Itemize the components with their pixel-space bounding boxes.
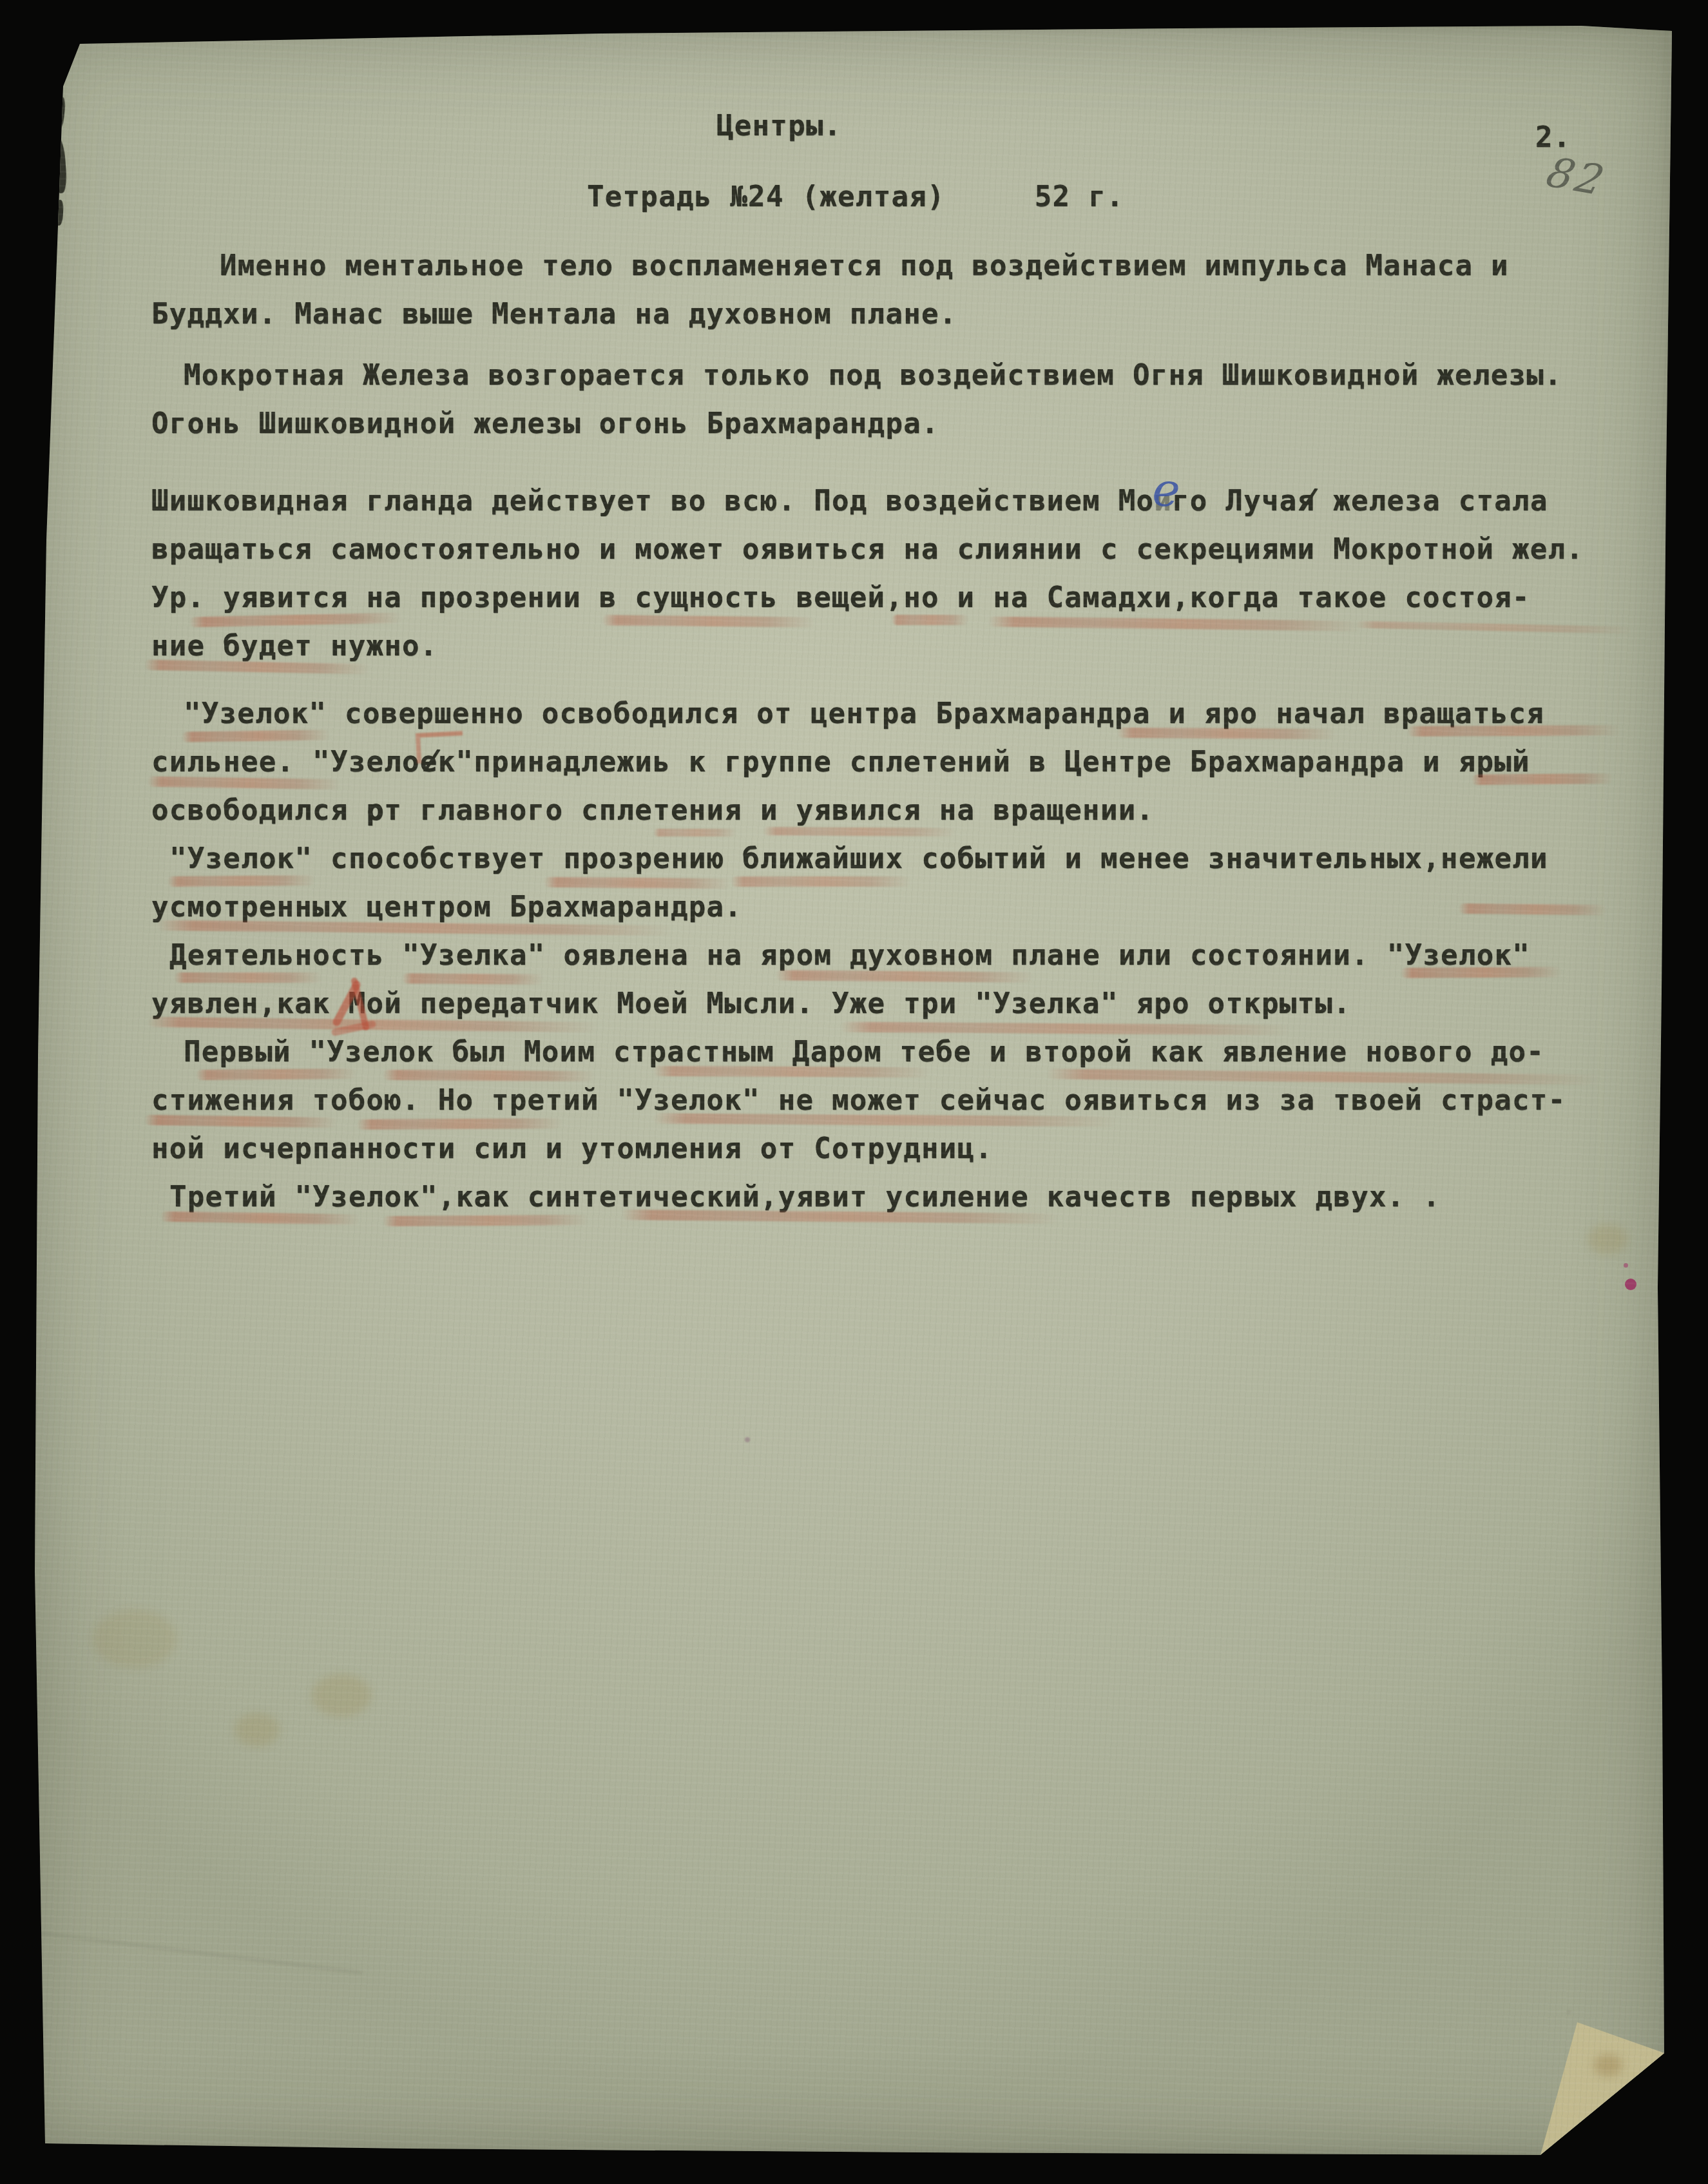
red-underline	[182, 730, 330, 742]
typed-strikethrough: я/	[1298, 477, 1316, 525]
typed-text: Шишковидная гланда действует во всю. Под…	[151, 485, 1154, 517]
paper-stain	[235, 1713, 280, 1746]
typed-text: сильнее. "Узело	[151, 746, 420, 778]
red-underline	[1472, 773, 1613, 785]
red-underline	[196, 1068, 357, 1080]
typed-line-with-corrections: Шишковидная гланда действует во всю. Под…	[151, 477, 1647, 525]
red-underline	[602, 615, 814, 627]
typed-text: к"принадлежиь к группе сплетений в Центр…	[438, 746, 1530, 778]
typed-line: Мокротная Железа возгорается только под …	[151, 351, 1647, 400]
fold-crease-shadow	[1508, 2011, 1622, 2170]
ink-speck	[745, 1437, 750, 1442]
typed-text: железа стала	[1315, 485, 1548, 517]
typed-line: ной исчерпанности сил и утомления от Сот…	[151, 1125, 1647, 1173]
blue-ink-correction: ие	[1154, 477, 1172, 525]
red-underline	[357, 1118, 563, 1130]
red-underline	[1401, 967, 1562, 978]
notebook-subtitle: Тетрадь №24 (желтая) 52 г.	[587, 180, 1124, 213]
typed-line: вращаться самостоятельно и может оявитьс…	[151, 525, 1647, 574]
red-underline	[763, 827, 956, 836]
typed-text: т главного сплетения и уявился на вращен…	[384, 794, 1154, 827]
red-correction-mark	[416, 731, 464, 764]
red-underline	[892, 615, 969, 625]
typed-line: Именно ментальное тело воспламеняется по…	[151, 242, 1647, 290]
red-underline	[402, 973, 544, 985]
red-underline	[383, 1215, 589, 1226]
paper-stain	[93, 1610, 177, 1668]
red-underline	[544, 877, 731, 889]
paper-crease	[30, 1931, 362, 1973]
typed-line: Буддхи. Манас выше Ментала на духовном п…	[151, 290, 1647, 338]
red-underline	[731, 876, 911, 887]
typed-line: "Узелок" способствует прозрению ближайши…	[151, 835, 1647, 883]
fold-stain	[1594, 2054, 1622, 2076]
scanned-document-photo: { "doc": { "title": "Центры.", "page_num…	[0, 0, 1708, 2184]
red-underline	[653, 1066, 930, 1078]
overtyped-letter: ро	[366, 786, 384, 835]
page-number: 2.	[1535, 121, 1571, 154]
ink-inserted-letter: е	[1151, 466, 1183, 514]
red-underline	[653, 829, 737, 836]
red-underline	[1407, 725, 1620, 737]
magenta-ink-dot	[1625, 1279, 1636, 1290]
handwritten-folio-number: 82	[1541, 149, 1611, 205]
over-letter: о	[367, 786, 385, 835]
staple-hole-mark	[51, 137, 68, 193]
typed-text: го Луча	[1172, 485, 1298, 517]
red-underline	[383, 1070, 595, 1081]
typed-line: Огонь Шишковидной железы огонь Брахмаран…	[151, 400, 1647, 448]
typed-line-with-strikethrough: сильнее. "Узелое/к"принадлежиь к группе …	[151, 738, 1647, 786]
red-underline	[1459, 904, 1607, 915]
paper-stain	[312, 1674, 371, 1717]
red-underline	[174, 972, 322, 983]
staple-hole-mark	[55, 200, 64, 226]
page-title: Центры.	[716, 110, 842, 142]
magenta-ink-speck	[1624, 1263, 1628, 1268]
red-underline	[1117, 728, 1336, 739]
document-page: Центры. 2. 82 Тетрадь №24 (желтая) 52 г.…	[22, 24, 1673, 2158]
staple-hole-mark	[53, 96, 66, 130]
paper-stain	[1588, 1224, 1627, 1254]
red-underline	[168, 875, 316, 887]
typed-text: освободился	[151, 794, 366, 827]
